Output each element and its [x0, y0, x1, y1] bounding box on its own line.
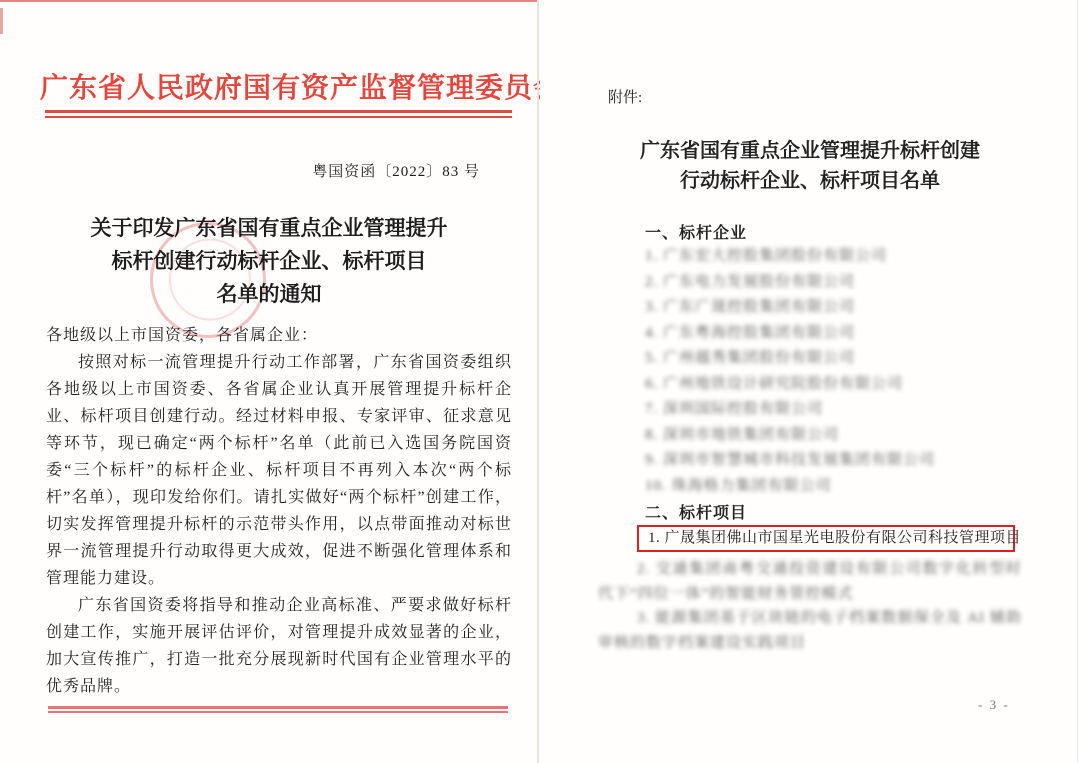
notice-title-line-1: 关于印发广东省国有重点企业管理提升: [28, 212, 510, 245]
enterprise-item: 5. 广州越秀集团股份有限公司: [645, 346, 1055, 372]
attachment-title-line-1: 广东省国有重点企业管理提升标杆创建: [570, 136, 1050, 166]
attachment-page: 附件: 广东省国有重点企业管理提升标杆创建 行动标杆企业、标杆项目名单 一、标杆…: [540, 0, 1080, 763]
project-item: 3. 能源集团基于区块链的电子档案数据保全及 AI 辅助审核的数字档案建设实践项…: [598, 606, 1022, 655]
enterprise-item: 2. 广东电力发展股份有限公司: [645, 270, 1055, 296]
notice-title-line-3: 名单的通知: [28, 278, 510, 311]
section-benchmark-enterprises: 一、标杆企业: [645, 220, 747, 243]
letterhead-double-rule: [45, 110, 512, 118]
project-item-highlighted: 1. 广晟集团佛山市国星光电股份有限公司科技管理项目: [639, 527, 1013, 550]
page-number: - 3 -: [978, 697, 1010, 713]
salutation: 各地级以上市国资委，各省属企业：: [46, 322, 512, 349]
enterprise-item: 3. 广东广晟控股集团有限公司: [645, 295, 1055, 321]
notice-page: 广东省人民政府国有资产监督管理委员会 粤国资函〔2022〕83 号 关于印发广东…: [0, 0, 538, 763]
letterhead-title: 广东省人民政府国有资产监督管理委员会: [40, 66, 516, 106]
scan-edge-mark: [0, 8, 3, 34]
enterprise-list: 1. 广东宏大控股集团股份有限公司 2. 广东电力发展股份有限公司 3. 广东广…: [645, 244, 1055, 499]
enterprise-item: 10. 珠海格力集团有限公司: [645, 474, 1055, 500]
section-benchmark-projects: 二、标杆项目: [645, 500, 747, 523]
enterprise-item: 9. 深圳市智慧城市科技发展集团有限公司: [645, 448, 1055, 474]
enterprise-item: 1. 广东宏大控股集团股份有限公司: [645, 244, 1055, 270]
body-paragraph-2: 广东省国资委将指导和推动企业高标准、严要求做好标杆创建工作，实施开展评估评价，对…: [46, 592, 512, 700]
footer-double-rule: [48, 706, 508, 713]
highlighted-project-red-box: 1. 广晟集团佛山市国星光电股份有限公司科技管理项目: [637, 525, 1015, 552]
enterprise-item: 7. 深圳国际控股有限公司: [645, 397, 1055, 423]
body-paragraph-1: 按照对标一流管理提升行动工作部署，广东省国资委组织各地级以上市国资委、各省属企业…: [46, 349, 512, 592]
scan-right-edge: [1077, 0, 1078, 763]
project-item: 2. 交通集团南粤交通投资建设有限公司数字化转型时代下“四位一体”的智能财务管控…: [598, 557, 1022, 606]
enterprise-item: 8. 深圳市地铁集团有限公司: [645, 423, 1055, 449]
attachment-title: 广东省国有重点企业管理提升标杆创建 行动标杆企业、标杆项目名单: [570, 136, 1050, 196]
page-divider: [537, 0, 539, 763]
document-number: 粤国资函〔2022〕83 号: [312, 160, 480, 181]
scanned-document-view: 广东省人民政府国有资产监督管理委员会 粤国资函〔2022〕83 号 关于印发广东…: [0, 0, 1080, 763]
notice-title-line-2: 标杆创建行动标杆企业、标杆项目: [28, 245, 510, 278]
notice-title: 关于印发广东省国有重点企业管理提升 标杆创建行动标杆企业、标杆项目 名单的通知: [28, 212, 510, 311]
notice-body: 各地级以上市国资委，各省属企业： 按照对标一流管理提升行动工作部署，广东省国资委…: [46, 322, 512, 700]
enterprise-item: 6. 广州地铁设计研究院股份有限公司: [645, 372, 1055, 398]
attachment-title-line-2: 行动标杆企业、标杆项目名单: [570, 166, 1050, 196]
scan-edge-red-line: [0, 0, 538, 2]
attachment-label: 附件:: [608, 86, 642, 107]
enterprise-item: 4. 广东粤海控股集团有限公司: [645, 321, 1055, 347]
